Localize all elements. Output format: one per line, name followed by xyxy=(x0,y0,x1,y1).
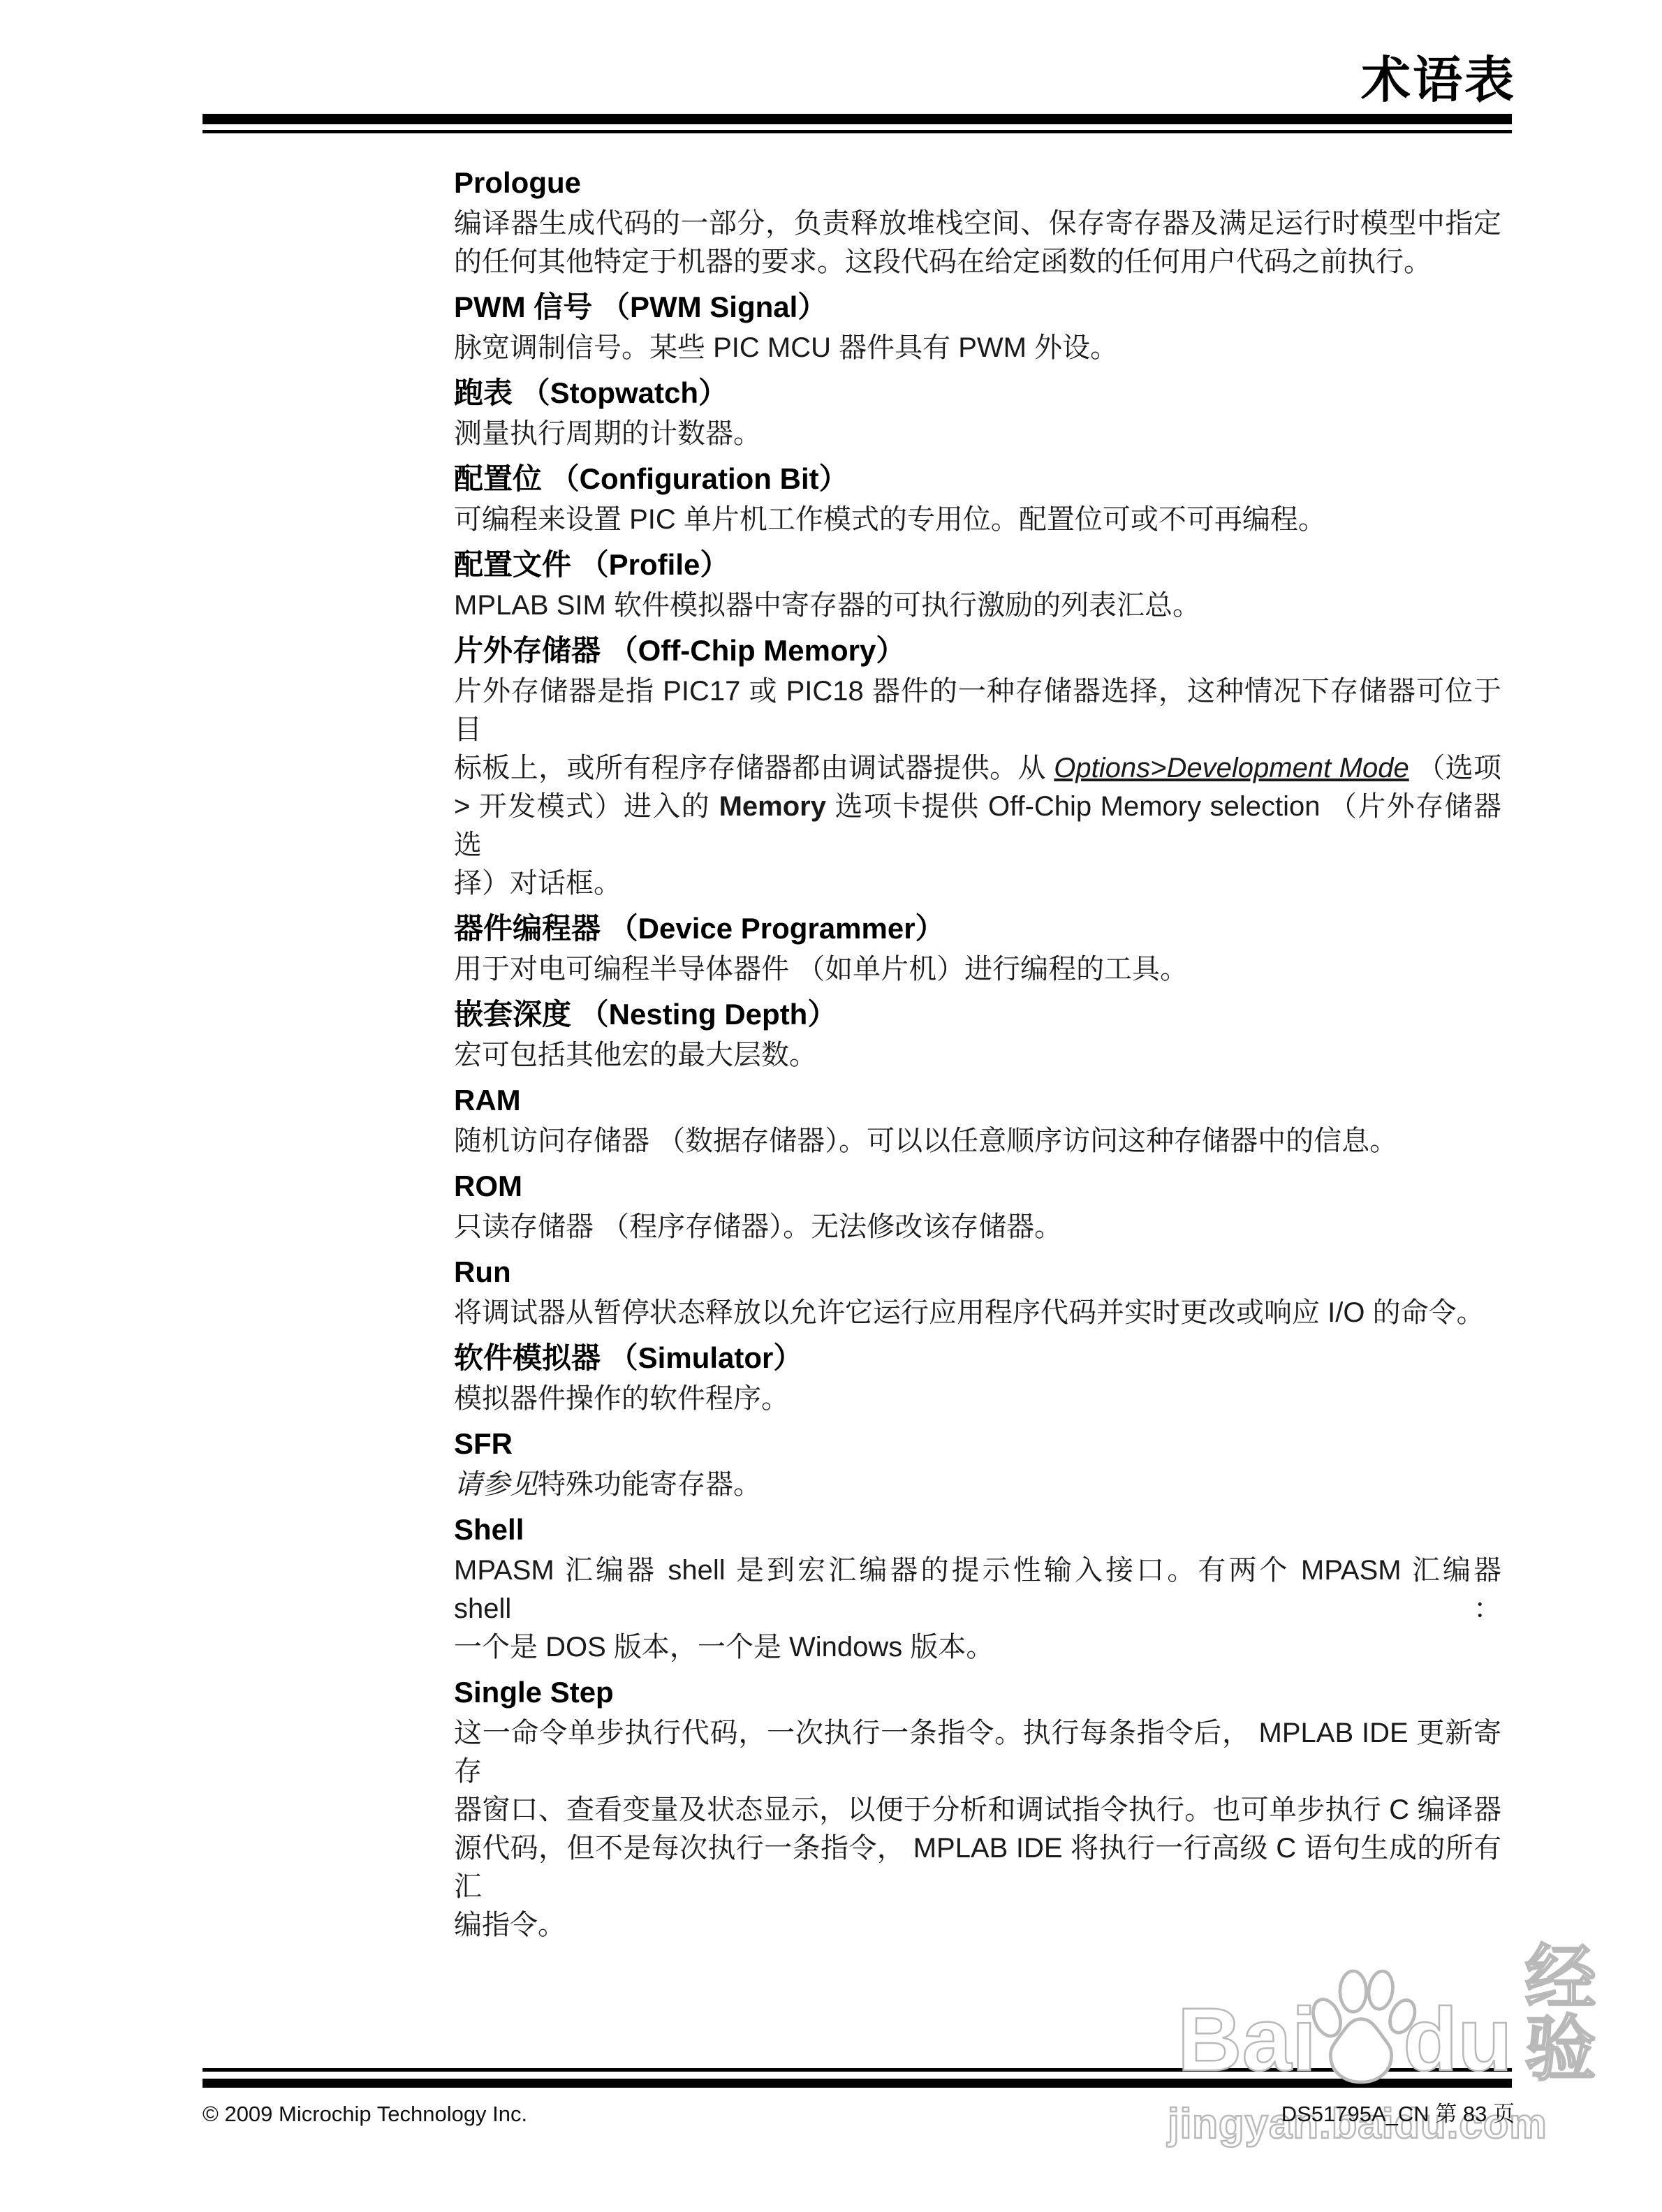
glossary-term: 器件编程器 （Device Programmer） xyxy=(454,907,1501,950)
glossary-line: 宏可包括其他宏的最大层数。 xyxy=(454,1036,1501,1075)
glossary-term: 配置文件 （Profile） xyxy=(454,543,1501,587)
glossary-term: 配置位 （Configuration Bit） xyxy=(454,457,1501,501)
header-rule-thick xyxy=(203,114,1512,124)
glossary-line: 模拟器件操作的软件程序。 xyxy=(454,1380,1501,1418)
glossary-term: RAM xyxy=(454,1079,1501,1122)
glossary-line: 标板上，或所有程序存储器都由调试器提供。从 Options>Developmen… xyxy=(454,749,1501,788)
glossary-entry: RAM 随机访问存储器 （数据存储器）。可以以任意顺序访问这种存储器中的信息。 xyxy=(454,1079,1501,1160)
glossary-definition: MPLAB SIM 软件模拟器中寄存器的可执行激励的列表汇总。 xyxy=(454,587,1501,625)
glossary-term: ROM xyxy=(454,1165,1501,1208)
glossary-line: 脉宽调制信号。某些 PIC MCU 器件具有 PWM 外设。 xyxy=(454,329,1501,367)
glossary-definition: 这一命令单步执行代码，一次执行一条指令。执行每条指令后， MPLAB IDE 更… xyxy=(454,1714,1501,1945)
glossary-term: Prologue xyxy=(454,161,1501,205)
glossary-definition: 测量执行周期的计数器。 xyxy=(454,415,1501,453)
baidu-watermark-jingyan: 经验 xyxy=(1525,1942,1662,2085)
document-page: 术语表 Prologue 编译器生成代码的一部分，负责释放堆栈空间、保存寄存器及… xyxy=(0,0,1662,2212)
glossary-entry: PWM 信号 （PWM Signal） 脉宽调制信号。某些 PIC MCU 器件… xyxy=(454,286,1501,367)
footer: © 2009 Microchip Technology Inc. DS51795… xyxy=(203,2100,1515,2128)
glossary-entry: Run 将调试器从暂停状态释放以允许它运行应用程序代码并实时更改或响应 I/O … xyxy=(454,1251,1501,1332)
glossary-definition: 宏可包括其他宏的最大层数。 xyxy=(454,1036,1501,1075)
glossary-line: 的任何其他特定于机器的要求。这段代码在给定函数的任何用户代码之前执行。 xyxy=(454,243,1501,281)
glossary-term: Run xyxy=(454,1251,1501,1294)
glossary-line: MPLAB SIM 软件模拟器中寄存器的可执行激励的列表汇总。 xyxy=(454,587,1501,625)
glossary-entry: Prologue 编译器生成代码的一部分，负责释放堆栈空间、保存寄存器及满足运行… xyxy=(454,161,1501,281)
glossary-line: 器窗口、查看变量及状态显示，以便于分析和调试指令执行。也可单步执行 C 编译器 xyxy=(454,1791,1501,1829)
glossary-term: 片外存储器 （Off-Chip Memory） xyxy=(454,629,1501,672)
glossary-line: 请参见特殊功能寄存器。 xyxy=(454,1466,1501,1504)
glossary-line: 编译器生成代码的一部分，负责释放堆栈空间、保存寄存器及满足运行时模型中指定 xyxy=(454,205,1501,243)
glossary-line: 只读存储器 （程序存储器）。无法修改该存储器。 xyxy=(454,1208,1501,1246)
glossary-definition: 编译器生成代码的一部分，负责释放堆栈空间、保存寄存器及满足运行时模型中指定的任何… xyxy=(454,205,1501,281)
glossary-term: Shell xyxy=(454,1508,1501,1551)
header-rule-thin xyxy=(203,130,1512,133)
glossary-entry: SFR 请参见特殊功能寄存器。 xyxy=(454,1422,1501,1504)
glossary-line: 将调试器从暂停状态释放以允许它运行应用程序代码并实时更改或响应 I/O 的命令。 xyxy=(454,1294,1501,1332)
glossary-line: 一个是 DOS 版本，一个是 Windows 版本。 xyxy=(454,1628,1501,1667)
glossary-definition: 只读存储器 （程序存储器）。无法修改该存储器。 xyxy=(454,1208,1501,1246)
glossary-term: 软件模拟器 （Simulator） xyxy=(454,1336,1501,1380)
glossary-entry: 配置位 （Configuration Bit） 可编程来设置 PIC 单片机工作… xyxy=(454,457,1501,539)
footer-copyright: © 2009 Microchip Technology Inc. xyxy=(203,2100,527,2128)
glossary-entry: 嵌套深度 （Nesting Depth） 宏可包括其他宏的最大层数。 xyxy=(454,993,1501,1075)
glossary-line: 源代码，但不是每次执行一条指令， MPLAB IDE 将执行一行高级 C 语句生… xyxy=(454,1829,1501,1906)
glossary-term: PWM 信号 （PWM Signal） xyxy=(454,286,1501,329)
glossary-entry: Shell MPASM 汇编器 shell 是到宏汇编器的提示性输入接口。有两个… xyxy=(454,1508,1501,1667)
glossary-line: 用于对电可编程半导体器件 （如单片机）进行编程的工具。 xyxy=(454,950,1501,989)
glossary-entry: 片外存储器 （Off-Chip Memory） 片外存储器是指 PIC17 或 … xyxy=(454,629,1501,903)
glossary-entry: 配置文件 （Profile） MPLAB SIM 软件模拟器中寄存器的可执行激励… xyxy=(454,543,1501,625)
glossary-line: 随机访问存储器 （数据存储器）。可以以任意顺序访问这种存储器中的信息。 xyxy=(454,1122,1501,1160)
glossary-entry: 器件编程器 （Device Programmer） 用于对电可编程半导体器件 （… xyxy=(454,907,1501,989)
glossary-line: 片外存储器是指 PIC17 或 PIC18 器件的一种存储器选择，这种情况下存储… xyxy=(454,672,1501,749)
glossary-term: 跑表 （Stopwatch） xyxy=(454,371,1501,415)
glossary-definition: 将调试器从暂停状态释放以允许它运行应用程序代码并实时更改或响应 I/O 的命令。 xyxy=(454,1294,1501,1332)
baidu-watermark-bai: Bai xyxy=(1177,1996,1316,2085)
glossary-entry: 软件模拟器 （Simulator） 模拟器件操作的软件程序。 xyxy=(454,1336,1501,1418)
glossary-definition: 脉宽调制信号。某些 PIC MCU 器件具有 PWM 外设。 xyxy=(454,329,1501,367)
glossary-definition: 片外存储器是指 PIC17 或 PIC18 器件的一种存储器选择，这种情况下存储… xyxy=(454,672,1501,903)
baidu-watermark-du: du xyxy=(1403,1996,1512,2085)
glossary-definition: MPASM 汇编器 shell 是到宏汇编器的提示性输入接口。有两个 MPASM… xyxy=(454,1551,1501,1667)
glossary-definition: 模拟器件操作的软件程序。 xyxy=(454,1380,1501,1418)
glossary-list: Prologue 编译器生成代码的一部分，负责释放堆栈空间、保存寄存器及满足运行… xyxy=(454,161,1501,1949)
baidu-paw-icon xyxy=(1305,1966,1417,2086)
glossary-line: 编指令。 xyxy=(454,1906,1501,1945)
glossary-definition: 请参见特殊功能寄存器。 xyxy=(454,1466,1501,1504)
glossary-line: 这一命令单步执行代码，一次执行一条指令。执行每条指令后， MPLAB IDE 更… xyxy=(454,1714,1501,1791)
glossary-term: Single Step xyxy=(454,1671,1501,1714)
glossary-definition: 用于对电可编程半导体器件 （如单片机）进行编程的工具。 xyxy=(454,950,1501,989)
glossary-term: 嵌套深度 （Nesting Depth） xyxy=(454,993,1501,1036)
glossary-definition: 可编程来设置 PIC 单片机工作模式的专用位。配置位可或不可再编程。 xyxy=(454,501,1501,539)
page-title: 术语表 xyxy=(1361,56,1516,105)
glossary-entry: Single Step 这一命令单步执行代码，一次执行一条指令。执行每条指令后，… xyxy=(454,1671,1501,1945)
footer-page-number: DS51795A_CN 第 83 页 xyxy=(1281,2100,1515,2128)
glossary-line: MPASM 汇编器 shell 是到宏汇编器的提示性输入接口。有两个 MPASM… xyxy=(454,1551,1501,1628)
glossary-line: 可编程来设置 PIC 单片机工作模式的专用位。配置位可或不可再编程。 xyxy=(454,501,1501,539)
glossary-entry: 跑表 （Stopwatch） 测量执行周期的计数器。 xyxy=(454,371,1501,453)
baidu-watermark-logo: Bai du 经验 xyxy=(1177,1961,1662,2085)
glossary-line: 测量执行周期的计数器。 xyxy=(454,415,1501,453)
glossary-entry: ROM 只读存储器 （程序存储器）。无法修改该存储器。 xyxy=(454,1165,1501,1246)
glossary-line: > 开发模式）进入的 Memory 选项卡提供 Off-Chip Memory … xyxy=(454,788,1501,864)
glossary-term: SFR xyxy=(454,1422,1501,1466)
glossary-line: 择）对话框。 xyxy=(454,864,1501,903)
glossary-definition: 随机访问存储器 （数据存储器）。可以以任意顺序访问这种存储器中的信息。 xyxy=(454,1122,1501,1160)
